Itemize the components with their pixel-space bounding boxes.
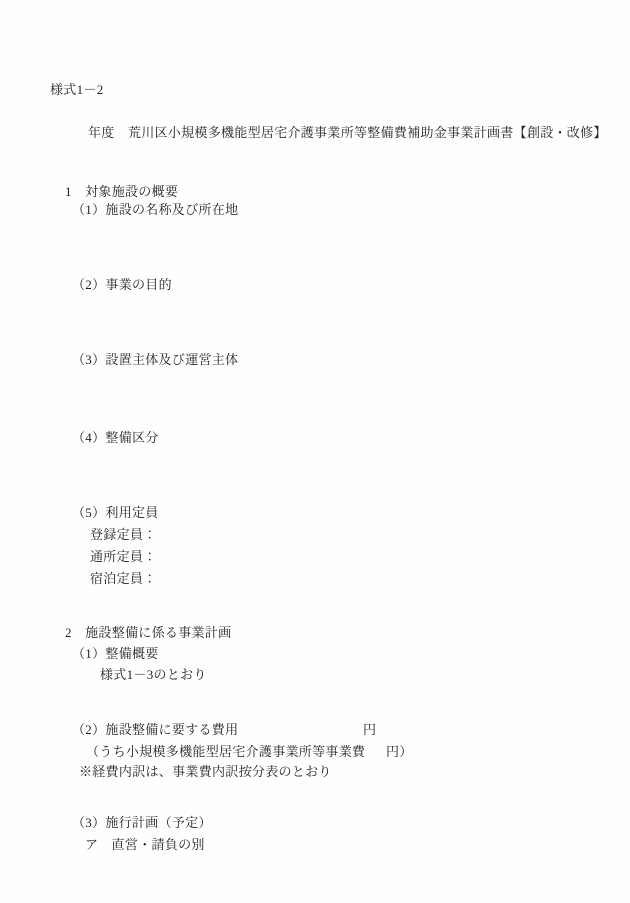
section2-item2-expense-note: ※経費内訳は、事業費内訳按分表のとおり: [79, 764, 332, 780]
section2-item1-note: 様式1－3のとおり: [100, 667, 207, 683]
section2-heading: 2 施設整備に係る事業計画: [65, 625, 231, 641]
section1-item1-facility-name-address: （1）施設の名称及び所在地: [72, 202, 238, 218]
section1-item2-business-purpose: （2）事業の目的: [72, 277, 172, 293]
capacity-overnight-label: 宿泊定員：: [90, 571, 157, 587]
capacity-daycare-label: 通所定員：: [90, 549, 157, 565]
section2-item3-construction-plan: （3）施行計画（予定）: [72, 815, 212, 831]
section2-item2-sub-cost: （うち小規模多機能型居宅介護事業所等事業費: [86, 744, 365, 760]
sub-cost-yen-unit: 円）: [386, 744, 413, 760]
cost-yen-unit: 円: [363, 722, 376, 738]
section1-item3-founding-operating-entity: （3）設置主体及び運営主体: [72, 352, 238, 368]
form-number: 様式1－2: [50, 82, 104, 98]
capacity-registered-label: 登録定員：: [90, 527, 157, 543]
section1-item4-development-category: （4）整備区分: [72, 430, 159, 446]
section1-heading: 1 対象施設の概要: [65, 184, 178, 200]
section2-item3-sub-a-direct-or-contract: ア 直営・請負の別: [85, 837, 205, 853]
document-page: 様式1－2 年度 荒川区小規模多機能型居宅介護事業所等整備費補助金事業計画書【創…: [0, 0, 630, 903]
section1-item5-user-capacity: （5）利用定員: [72, 505, 159, 521]
document-title: 年度 荒川区小規模多機能型居宅介護事業所等整備費補助金事業計画書【創設・改修】: [88, 125, 607, 141]
section2-item1-development-outline: （1）整備概要: [72, 646, 159, 662]
section2-item2-development-cost: （2）施設整備に要する費用: [72, 722, 238, 738]
